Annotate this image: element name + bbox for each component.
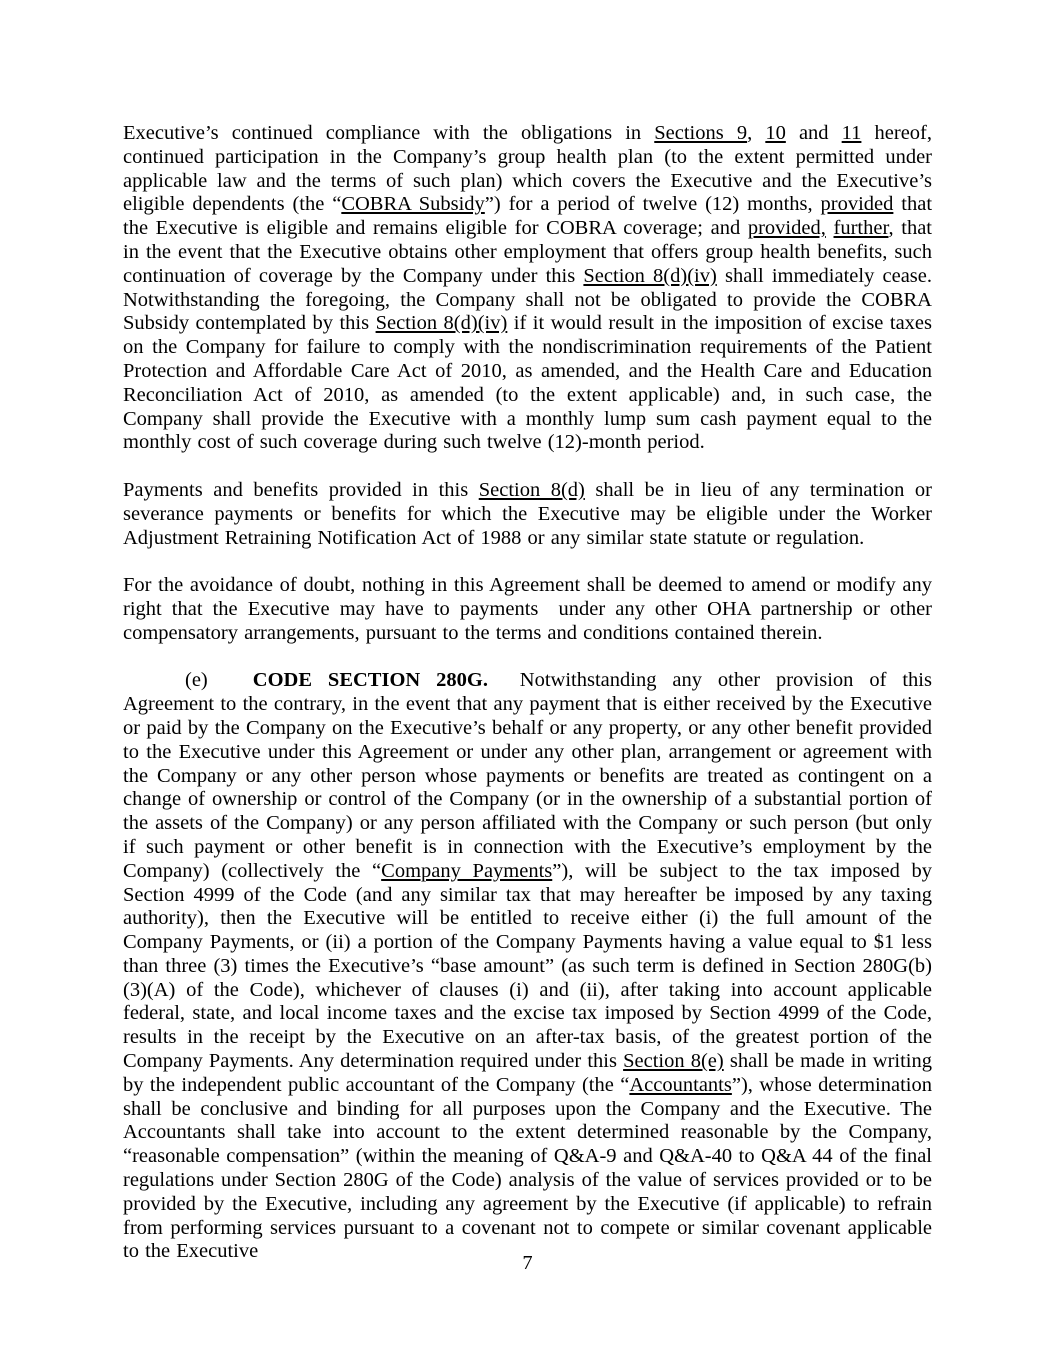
paragraph-cobra-subsidy: Executive’s continued compliance with th… — [123, 122, 932, 455]
underlined-term: 11 — [842, 122, 862, 144]
text-run: (e) — [185, 669, 208, 691]
underlined-term: Section 8(e) — [623, 1050, 724, 1072]
tab-space — [208, 685, 253, 686]
underlined-term: provided, — [748, 217, 826, 239]
text-run: Payments and benefits provided in this — [123, 479, 479, 501]
underlined-term: Section 8(d) — [479, 479, 585, 501]
text-run: and — [786, 122, 842, 144]
text-run: ”), whose determination shall be conclus… — [123, 1074, 932, 1263]
underlined-term: further — [834, 217, 889, 239]
text-run: For the avoidance of doubt, nothing in t… — [123, 574, 932, 644]
underlined-term: Accountants — [629, 1074, 731, 1096]
bold-heading: CODE SECTION 280G. — [253, 669, 488, 691]
paragraph-warn-act: Payments and benefits provided in this S… — [123, 479, 932, 550]
text-run: Executive’s continued compliance with th… — [123, 122, 654, 144]
underlined-term: COBRA Subsidy — [341, 193, 484, 215]
paragraph-avoidance-of-doubt: For the avoidance of doubt, nothing in t… — [123, 574, 932, 645]
underlined-term: Section 8(d)(iv) — [376, 312, 508, 334]
text-run: ”), will be subject to the tax imposed b… — [123, 860, 932, 1072]
text-run: ”) for a period of twelve (12) months, — [485, 193, 821, 215]
document-body: Executive’s continued compliance with th… — [123, 122, 932, 1288]
underlined-term: Section 8(d)(iv) — [583, 265, 716, 287]
underlined-term: Sections 9 — [654, 122, 747, 144]
underlined-term: provided — [821, 193, 894, 215]
underlined-term: 10 — [765, 122, 786, 144]
paragraph-code-section-280g: (e)CODE SECTION 280G. Notwithstanding an… — [123, 669, 932, 1264]
page-number: 7 — [0, 1252, 1055, 1276]
document-page: Executive’s continued compliance with th… — [0, 0, 1055, 1365]
underlined-term: Company Payments — [381, 860, 552, 882]
text-run — [826, 217, 834, 239]
text-run: , — [747, 122, 765, 144]
text-run: Notwithstanding any other provision of t… — [123, 669, 932, 881]
